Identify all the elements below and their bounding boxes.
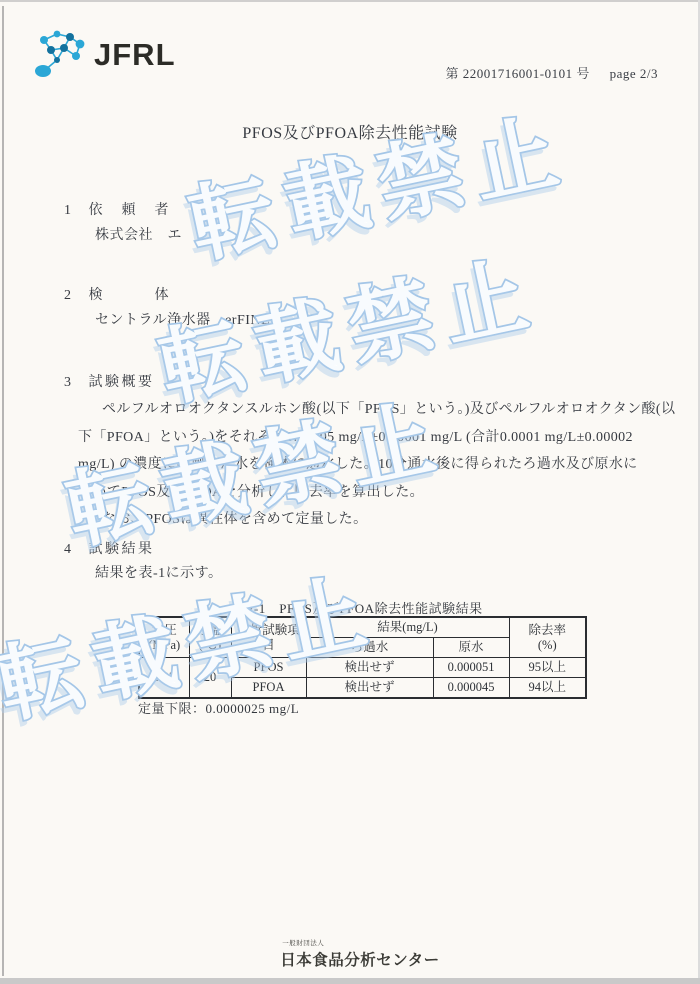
jfrl-molecule-icon bbox=[30, 26, 88, 78]
summary-line: mg/L) の濃度に調製した水を検体に通水した。10分通水後に得られたろ過水及び… bbox=[78, 451, 650, 479]
organization-type: 一般財団法人 bbox=[282, 938, 439, 947]
section-2-heading: 2 検 体 bbox=[64, 284, 171, 304]
watermark-no-reproduction: 転載禁止 bbox=[178, 82, 579, 280]
scan-edge-top bbox=[0, 0, 700, 2]
header-raw-water: 原水 bbox=[433, 638, 509, 658]
header-temperature-label: 水温 bbox=[190, 623, 231, 637]
page-indicator: page 2/3 bbox=[610, 66, 658, 81]
header-analysis-item: 分析試験項目 bbox=[231, 617, 306, 658]
test-summary-paragraph: ペルフルオロオクタンスルホン酸(以下「PFOS」という。)及びペルフルオロオクタ… bbox=[78, 396, 650, 534]
cell-raw-pfos: 0.000051 bbox=[433, 658, 509, 678]
summary-line: ペルフルオロオクタンスルホン酸(以下「PFOS」という。)及びペルフルオロオクタ… bbox=[78, 396, 650, 424]
quantification-limit-note: 定量下限：0.0000025 mg/L bbox=[138, 698, 299, 717]
section-2-label: 検 体 bbox=[89, 288, 172, 303]
section-4-number: 4 bbox=[64, 542, 71, 558]
section-3-number: 3 bbox=[64, 375, 71, 391]
section-1-label: 依 頼 者 bbox=[89, 203, 172, 218]
header-removal-unit: (%) bbox=[510, 638, 586, 652]
cell-temperature: 20 bbox=[189, 658, 231, 699]
summary-line: なお、PFOSは異性体を含めて定量した。 bbox=[78, 506, 650, 534]
footer-organization-inner: 一般財団法人 日本食品分析センター bbox=[280, 938, 439, 970]
sample-name: セントラル浄水器 erFINE bbox=[95, 309, 270, 329]
organization-name: 日本食品分析センター bbox=[280, 948, 439, 970]
header-removal-label: 除去率 bbox=[510, 623, 586, 637]
cell-raw-pfoa: 0.000045 bbox=[433, 678, 509, 699]
summary-line: ついてPFOS及びPFOAを分析し、除去率を算出した。 bbox=[78, 479, 650, 507]
results-table: 水圧 (MPa) 水温 (℃) 分析試験項目 結果(mg/L) 除去率 (%) … bbox=[138, 616, 587, 699]
section-4-label: 試験結果 bbox=[89, 542, 155, 557]
header-removal-rate: 除去率 (%) bbox=[509, 617, 586, 658]
results-reference-text: 結果を表-1に示す。 bbox=[95, 562, 223, 582]
section-3-label: 試験概要 bbox=[89, 375, 155, 390]
cell-item-pfoa: PFOA bbox=[231, 678, 306, 699]
section-1-heading: 1 依 頼 者 bbox=[64, 199, 171, 219]
scan-edge-bottom bbox=[0, 978, 700, 984]
cell-removal-pfos: 95以上 bbox=[509, 658, 586, 678]
report-number: 第 22001716001-0101 号 bbox=[446, 66, 590, 81]
summary-line: 下「PFOA」という。)をそれぞれ0.00005 mg/L±0.00001 mg… bbox=[78, 424, 650, 452]
section-4-heading: 4 試験結果 bbox=[64, 538, 155, 558]
section-1-number: 1 bbox=[64, 203, 71, 219]
document-page: JFRL 第 22001716001-0101 号 page 2/3 PFOS及… bbox=[0, 0, 700, 984]
document-title: PFOS及びPFOA除去性能試験 bbox=[0, 120, 700, 143]
footer-organization: 一般財団法人 日本食品分析センター bbox=[0, 938, 700, 970]
header-temperature: 水温 (℃) bbox=[189, 617, 231, 658]
client-name: 株式会社 エ bbox=[95, 224, 182, 244]
section-3-heading: 3 試験概要 bbox=[64, 371, 155, 391]
jfrl-logo: JFRL bbox=[30, 26, 176, 78]
section-2-number: 2 bbox=[64, 288, 71, 304]
cell-removal-pfoa: 94以上 bbox=[509, 678, 586, 699]
header-temperature-unit: (℃) bbox=[190, 638, 231, 652]
report-reference-line: 第 22001716001-0101 号 page 2/3 bbox=[446, 63, 659, 82]
header-pressure: 水圧 (MPa) bbox=[139, 617, 189, 658]
header-pressure-unit: (MPa) bbox=[140, 638, 189, 652]
header-result-group: 結果(mg/L) bbox=[306, 617, 509, 638]
header-pressure-label: 水圧 bbox=[140, 623, 189, 637]
cell-item-pfos: PFOS bbox=[231, 658, 306, 678]
table-caption: 表-1 PFOS及びPFOA除去性能試験結果 bbox=[138, 598, 585, 617]
jfrl-logo-text: JFRL bbox=[94, 37, 176, 73]
table-row: 0.02 20 PFOS 検出せず 0.000051 95以上 bbox=[139, 658, 586, 678]
scan-edge-left bbox=[2, 6, 4, 976]
cell-filtered-pfos: 検出せず bbox=[306, 658, 433, 678]
header-filtered-water: ろ過水 bbox=[306, 638, 433, 658]
cell-pressure: 0.02 bbox=[139, 658, 189, 699]
cell-filtered-pfoa: 検出せず bbox=[306, 678, 433, 699]
